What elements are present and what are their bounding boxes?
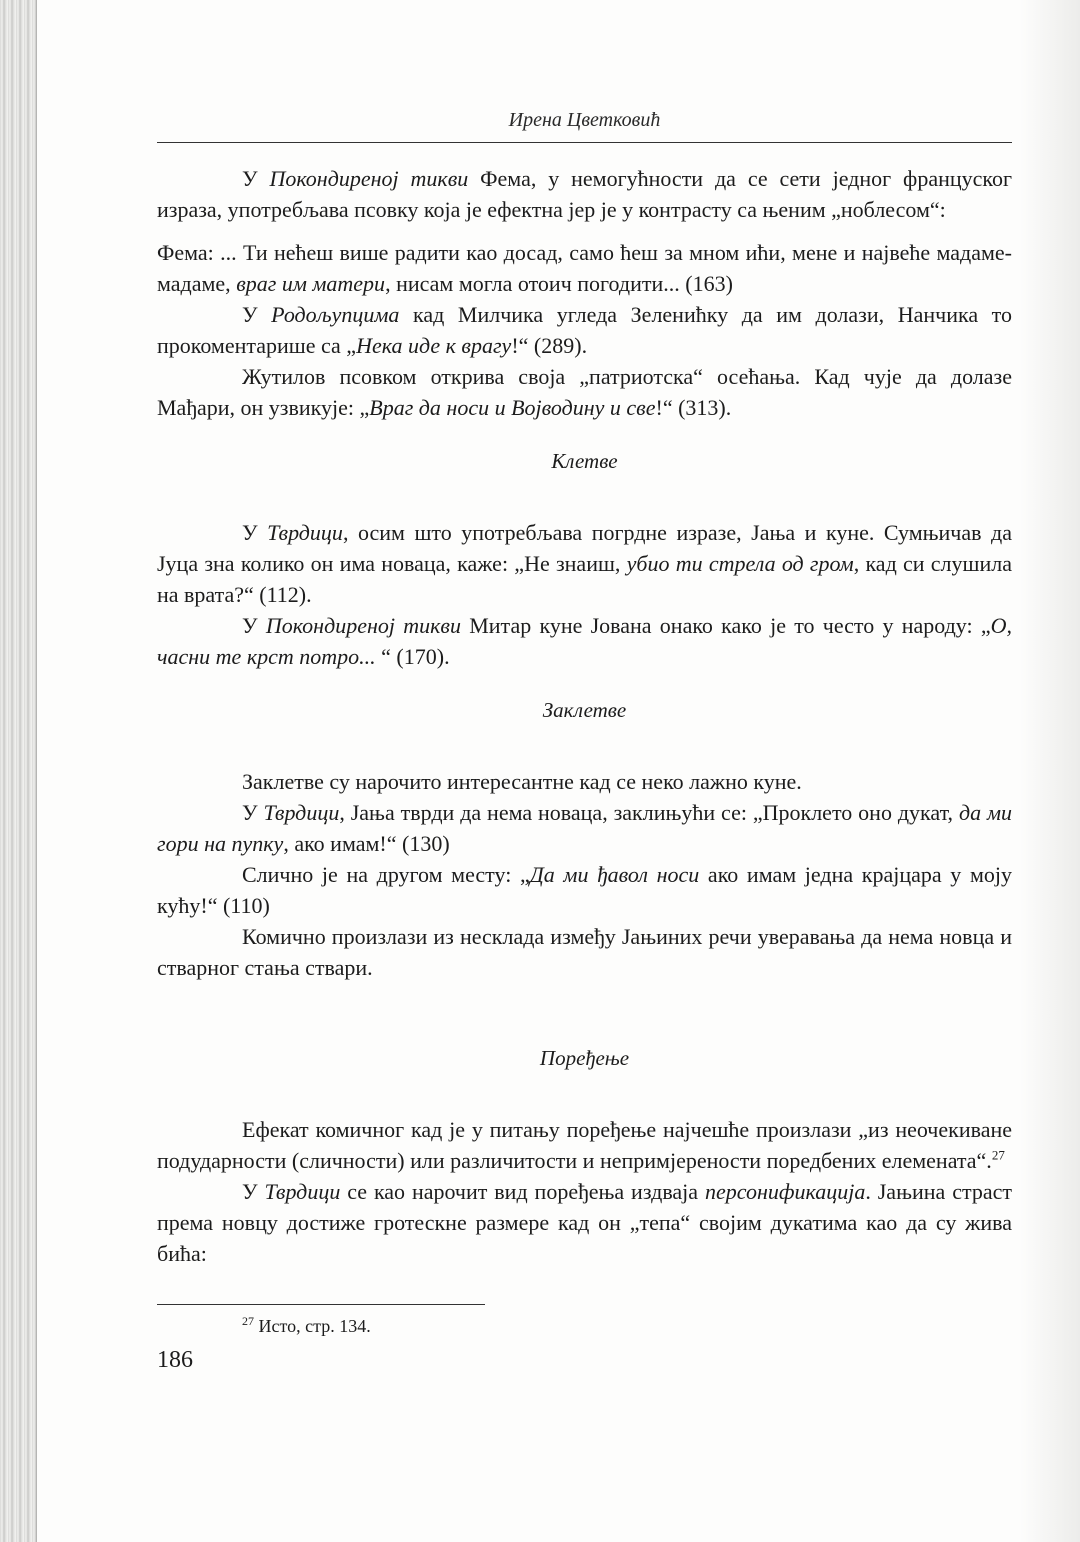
header-rule xyxy=(157,142,1012,143)
paragraph: Слично је на другом месту: „Да ми ђавол … xyxy=(157,859,1012,921)
section-heading-zakletve: Заклетве xyxy=(157,695,1012,726)
paragraph: Ефекат комичног кад је у питању поређење… xyxy=(157,1114,1012,1176)
page-number: 186 xyxy=(157,1347,1012,1374)
section-heading-poredjenje: Поређење xyxy=(157,1043,1012,1074)
book-page: Ирена Цветковић У Покондиреној тикви Фем… xyxy=(157,104,1012,1374)
gutter-shadow xyxy=(1020,0,1080,1542)
footnote-rule xyxy=(157,1304,485,1305)
quotation-paragraph: Фема: ... Ти нећеш више радити као досад… xyxy=(157,237,1012,299)
footnote-reference: 27 xyxy=(992,1148,1005,1163)
paragraph: У Тврдици се као нарочит вид поређења из… xyxy=(157,1176,1012,1269)
paragraph: У Покондиреној тикви Митар куне Јована о… xyxy=(157,610,1012,672)
paragraph: Комично произлази из несклада између Јањ… xyxy=(157,921,1012,983)
section-heading-kletve: Клетве xyxy=(157,446,1012,477)
paragraph: У Тврдици, Јања тврди да нема новаца, за… xyxy=(157,797,1012,859)
paragraph: Жутилов псовком открива своја „патриотск… xyxy=(157,361,1012,423)
book-page-edges xyxy=(0,0,37,1542)
paragraph: Заклетве су нарочито интересантне кад се… xyxy=(157,766,1012,797)
paragraph: У Родољупцима кад Милчика угледа Зеленић… xyxy=(157,299,1012,361)
footnote: 27 Исто, стр. 134. xyxy=(157,1313,1012,1339)
paragraph: У Покондиреној тикви Фема, у немогућност… xyxy=(157,163,1012,225)
running-head: Ирена Цветковић xyxy=(157,104,1012,136)
paragraph: У Тврдици, осим што употребљава погрдне … xyxy=(157,517,1012,610)
page-body: У Покондиреној тикви Фема, у немогућност… xyxy=(157,163,1012,1269)
